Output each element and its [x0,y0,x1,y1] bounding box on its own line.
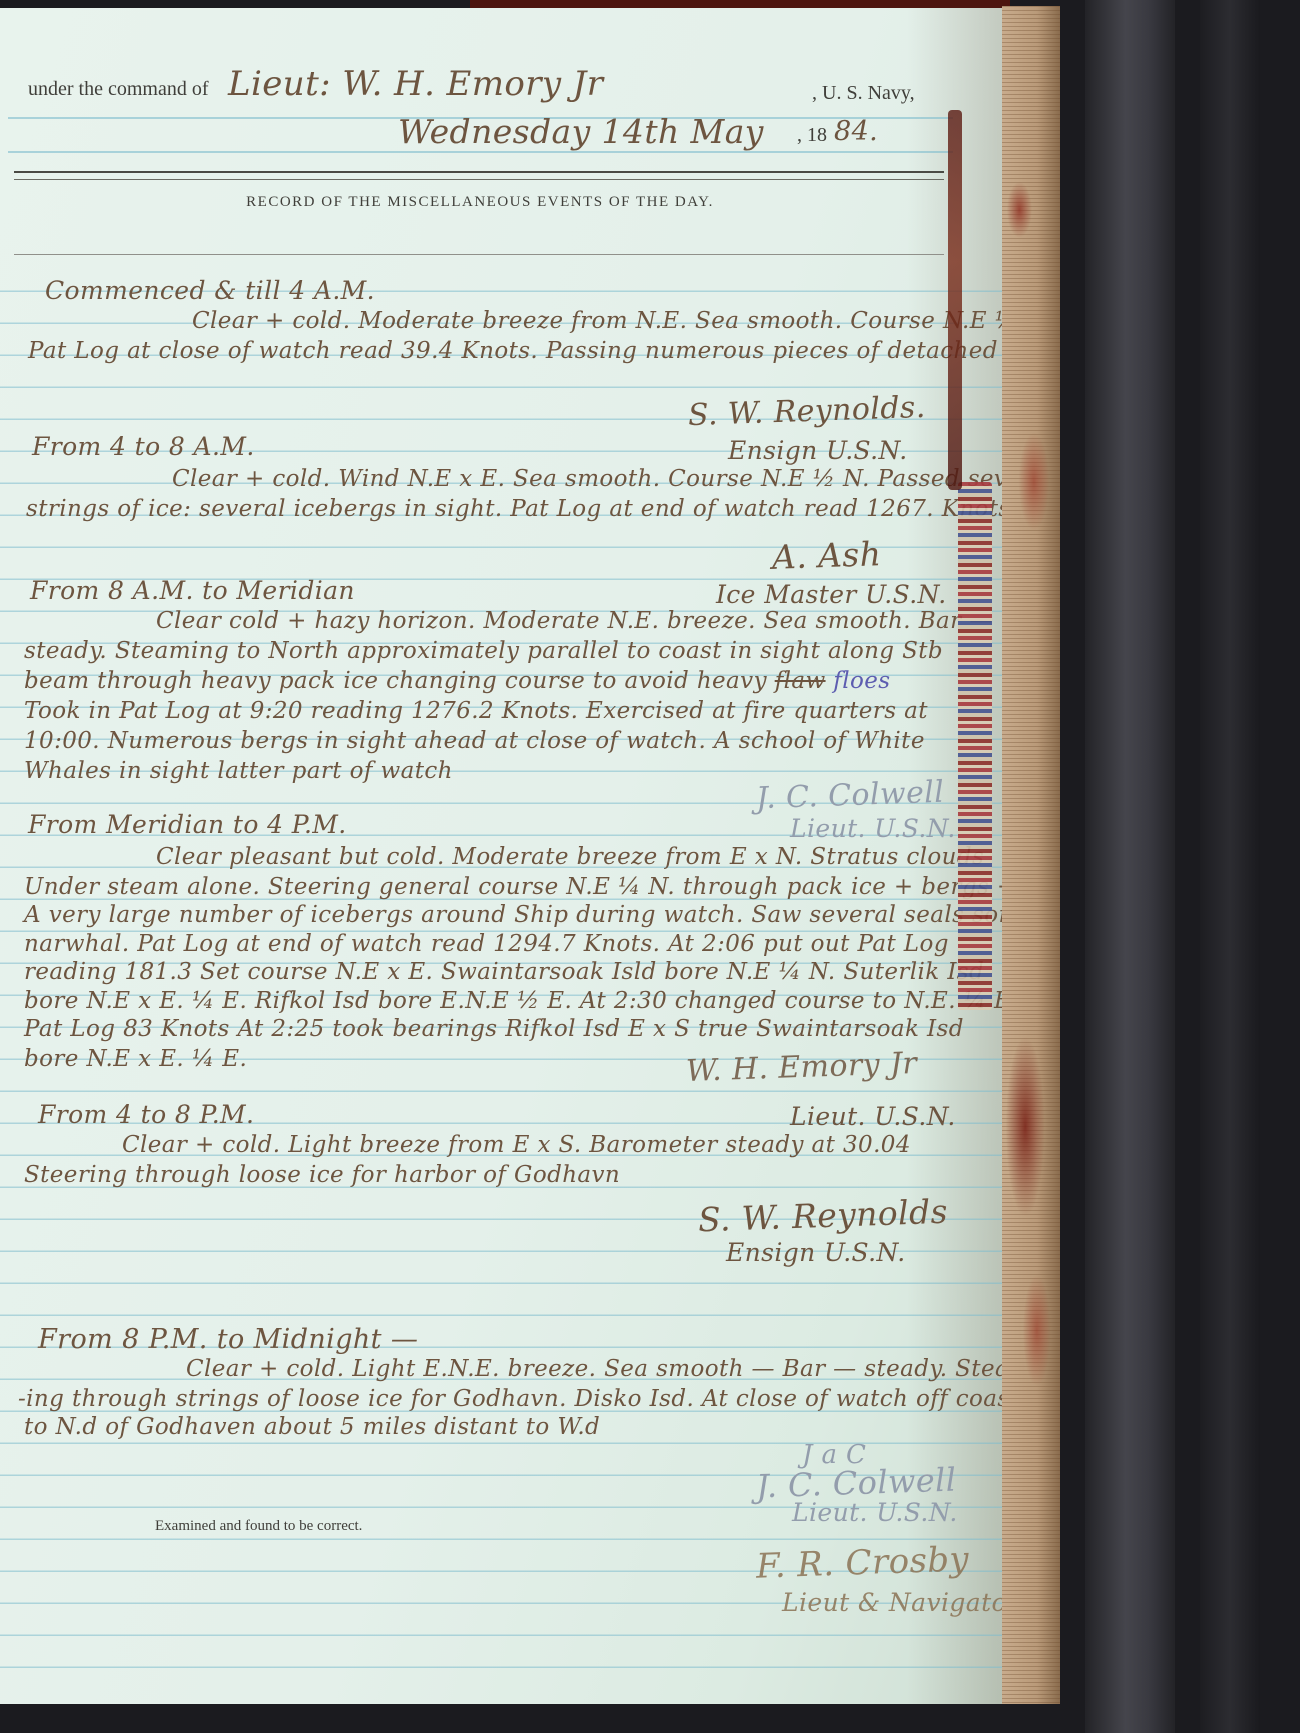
entry-5-line-2: Steering through loose ice for harbor of… [24,1162,620,1188]
header-double-rule [14,171,944,180]
entry-1-signature-title: Ensign U.S.N. [728,436,908,465]
entry-2-line-2: strings of ice: several icebergs in sigh… [26,496,1011,522]
entry-2-signature-title: Ice Master U.S.N. [716,580,947,609]
book-cover-edge [948,110,962,490]
entry-6-line-1: Clear + cold. Light E.N.E. breeze. Sea s… [186,1356,1039,1382]
entry-3-line-5: 10:00. Numerous bergs in sight ahead at … [24,728,925,754]
entry-3-line-1: Clear cold + hazy horizon. Moderate N.E.… [156,608,993,634]
entry-3-line-4: Took in Pat Log at 9:20 reading 1276.2 K… [24,698,928,724]
book-spine-cloth [1085,0,1175,1733]
entry-4-line-1: Clear pleasant but cold. Moderate breeze… [156,844,984,870]
entry-4-signature-title: Lieut. U.S.N. [790,1102,956,1131]
entry-6-signature-title: Lieut. U.S.N. [792,1498,958,1527]
entry-6-line-2: -ing through strings of loose ice for Go… [18,1386,1019,1412]
entry-5-line-1: Clear + cold. Light breeze from E x S. B… [122,1132,911,1158]
entry-2-signature-name: A. Ash [771,534,882,577]
entry-1-heading: Commenced & till 4 A.M. [45,276,375,305]
entry-4-line-6: bore N.E x E. ¼ E. Rifkol Isd bore E.N.E… [24,988,1011,1014]
entry-3-correction-word: floes [833,668,890,694]
page-section-title: RECORD OF THE MISCELLANEOUS EVENTS OF TH… [0,194,960,211]
entry-1-line-2: Pat Log at close of watch read 39.4 Knot… [28,338,1041,364]
entry-3-line-3-corrected: beam through heavy pack ice changing cou… [24,668,890,694]
entry-3-line-2: steady. Steaming to North approximately … [24,638,943,664]
marbled-page-edges [958,482,992,1010]
header-single-rule [14,254,944,255]
book-spine-shadow [1200,0,1260,1733]
entry-3-heading: From 8 A.M. to Meridian [30,576,355,605]
entry-4-heading: From Meridian to 4 P.M. [28,810,347,839]
date-handwritten: Wednesday 14th May [398,112,764,151]
entry-4-line-3: A very large number of icebergs around S… [24,902,1035,928]
navy-label: , U. S. Navy, [812,82,915,105]
entry-5-signature-title: Ensign U.S.N. [726,1238,906,1267]
entry-1-line-1: Clear + cold. Moderate breeze from N.E. … [192,308,1050,334]
examined-note: Examined and found to be correct. [155,1518,362,1535]
entry-6-line-3: to N.d of Godhaven about 5 miles distant… [24,1414,600,1440]
year-handwritten: 84. [834,116,878,147]
navigator-signature-name: F. R. Crosby [755,1539,969,1586]
entry-3-signature-name: J. C. Colwell [755,775,944,817]
entry-2-line-1: Clear + cold. Wind N.E x E. Sea smooth. … [172,466,1055,492]
entry-4-line-8: bore N.E x E. ¼ E. [24,1046,247,1072]
entry-5-heading: From 4 to 8 P.M. [38,1100,254,1129]
header-writing-line-2 [8,151,953,153]
commander-name-handwritten: Lieut: W. H. Emory Jr [228,64,603,104]
entry-3-struck-word: flaw [775,668,826,694]
logbook-page: under the command of Lieut: W. H. Emory … [0,8,1008,1704]
entry-6-heading: From 8 P.M. to Midnight — [38,1324,418,1355]
entry-4-line-7: Pat Log 83 Knots At 2:25 took bearings R… [24,1016,964,1042]
entry-4-line-4: narwhal. Pat Log at end of watch read 12… [24,931,949,957]
entry-3-correction-pre: beam through heavy pack ice changing cou… [24,668,767,694]
navigator-signature-title: Lieut & Navigator. [782,1588,1025,1617]
entry-2-heading: From 4 to 8 A.M. [32,432,255,461]
logbook-scan: { "page": { "header": { "command_label":… [0,0,1300,1733]
year-printed-prefix: , 18 [797,124,827,147]
entry-3-line-6: Whales in sight latter part of watch [24,758,453,784]
book-fore-edge-pages [1002,6,1060,1704]
entry-3-signature-title: Lieut. U.S.N. [790,814,956,843]
entry-4-line-2: Under steam alone. Steering general cour… [24,874,1017,900]
command-label: under the command of [28,78,209,101]
entry-4-line-5: reading 181.3 Set course N.E x E. Swaint… [24,959,984,985]
